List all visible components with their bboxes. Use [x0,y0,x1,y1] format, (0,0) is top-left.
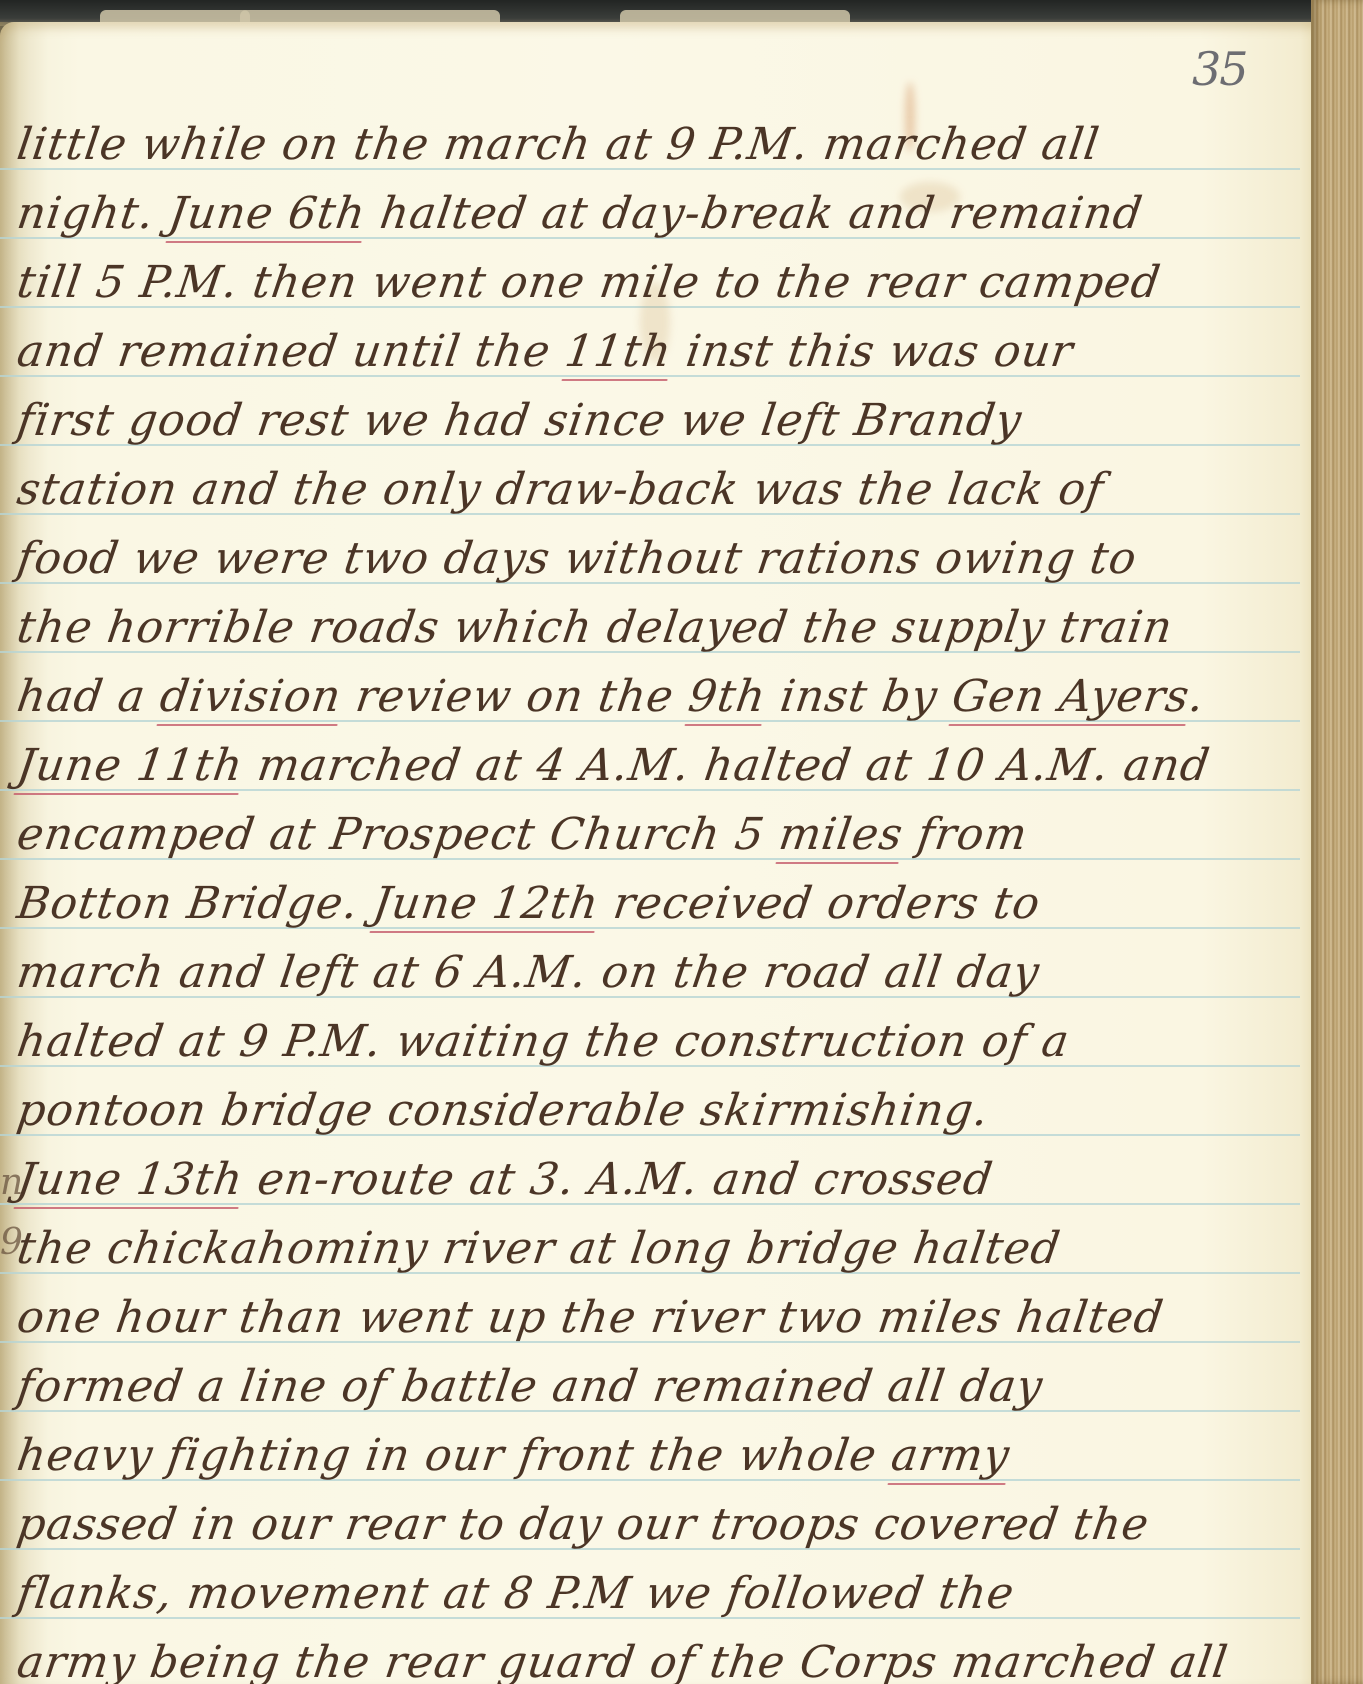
line-text: army being the rear guard of the [14,1637,804,1684]
text-line: June 11th marched at 4 A.M. halted at 10… [14,741,1301,791]
page-edges [1311,0,1363,1684]
text-line: food we were two days without rations ow… [14,534,1301,584]
text-line: march and left at 6 A.M. on the road all… [14,948,1301,998]
line-text: marched at 4 A.M. halted at 10 A.M. and [239,740,1213,791]
margin-fragment: n [0,1162,23,1203]
line-text: passed in our rear to day our troops cov… [14,1499,1152,1550]
text-line: flanks, movement at 8 P.M we followed th… [14,1569,1301,1619]
line-text: received orders to [595,878,1044,929]
line-text: en-route at 3. A.M. and crossed [239,1154,996,1205]
line-text: pontoon bridge considerable skirmishing. [14,1085,992,1136]
text-line: the horrible roads which delayed the sup… [14,603,1301,653]
text-line: and remained until the 11th inst this wa… [14,327,1301,377]
text-line: till 5 P.M. then went one mile to the re… [14,258,1301,308]
line-text: inst by [762,671,956,722]
text-line: encamped at Prospect Church 5 miles from [14,810,1301,860]
line-text: food we were two days without rations ow… [14,533,1140,584]
line-text: and remained until the [14,326,569,377]
text-line: army being the rear guard of the Corps m… [14,1638,1301,1684]
line-text: halted at 9 P.M. waiting the constructio… [14,1016,1073,1067]
diary-page: 35 little while on the march at 9 P.M. m… [0,22,1320,1684]
line-text: first good rest we had since we left Bra… [14,395,1025,446]
line-text: march and left at 6 A.M. on the road all… [14,947,1043,998]
line-text: had a [14,671,164,722]
text-line: Botton Bridge. June 12th received orders… [14,879,1301,929]
underlined-word: division [157,672,345,722]
underlined-date: 11th [562,327,675,377]
underlined-name: Gen Ayers [949,672,1193,722]
line-text: flanks, movement at 8 P.M we followed th… [14,1568,1018,1619]
line-text: from [899,809,1031,860]
line-text: halted at day-break and remaind [362,188,1146,239]
line-text: encamped at Prospect Church 5 [14,809,783,860]
text-line: little while on the march at 9 P.M. marc… [14,120,1301,170]
underlined-date: June 11th [14,741,246,791]
line-text: Botton Bridge. [14,878,377,929]
text-line: station and the only draw-back was the l… [14,465,1301,515]
underlined-word: Corps [797,1638,941,1684]
page-number: 35 [1192,42,1247,96]
text-line: had a division review on the 9th inst by… [14,672,1301,722]
line-text: night. [14,188,173,239]
margin-fragment: 9 [0,1222,23,1263]
scanned-page: 35 little while on the march at 9 P.M. m… [0,0,1363,1684]
text-line: June 13th en-route at 3. A.M. and crosse… [14,1155,1301,1205]
line-text: till 5 P.M. then went one mile to the re… [14,257,1164,308]
underlined-date: June 6th [166,189,369,239]
line-text: marched all [934,1637,1232,1684]
line-text: one hour than went up the river two mile… [14,1292,1167,1343]
line-text: the chickahominy river at long bridge ha… [14,1223,1064,1274]
line-text: heavy fighting in our front the whole [14,1430,895,1481]
text-line: first good rest we had since we left Bra… [14,396,1301,446]
underlined-date: June 13th [14,1155,246,1205]
text-line: one hour than went up the river two mile… [14,1293,1301,1343]
text-line: halted at 9 P.M. waiting the constructio… [14,1017,1301,1067]
underlined-date: June 12th [370,879,602,929]
underlined-date: 9th [685,672,769,722]
text-line: passed in our rear to day our troops cov… [14,1500,1301,1550]
line-text: little while on the march at 9 P.M. marc… [14,119,1103,170]
text-line: pontoon bridge considerable skirmishing. [14,1086,1301,1136]
line-text: inst this was our [668,326,1077,377]
line-text: station and the only draw-back was the l… [14,464,1107,515]
text-line: heavy fighting in our front the whole ar… [14,1431,1301,1481]
underlined-word: army [888,1431,1013,1481]
line-text: the horrible roads which delayed the sup… [14,602,1176,653]
text-line: formed a line of battle and remained all… [14,1362,1301,1412]
text-line: the chickahominy river at long bridge ha… [14,1224,1301,1274]
text-line: night. June 6th halted at day-break and … [14,189,1301,239]
line-text: review on the [338,671,693,722]
underlined-word: miles [776,810,907,860]
line-text: formed a line of battle and remained all… [14,1361,1046,1412]
